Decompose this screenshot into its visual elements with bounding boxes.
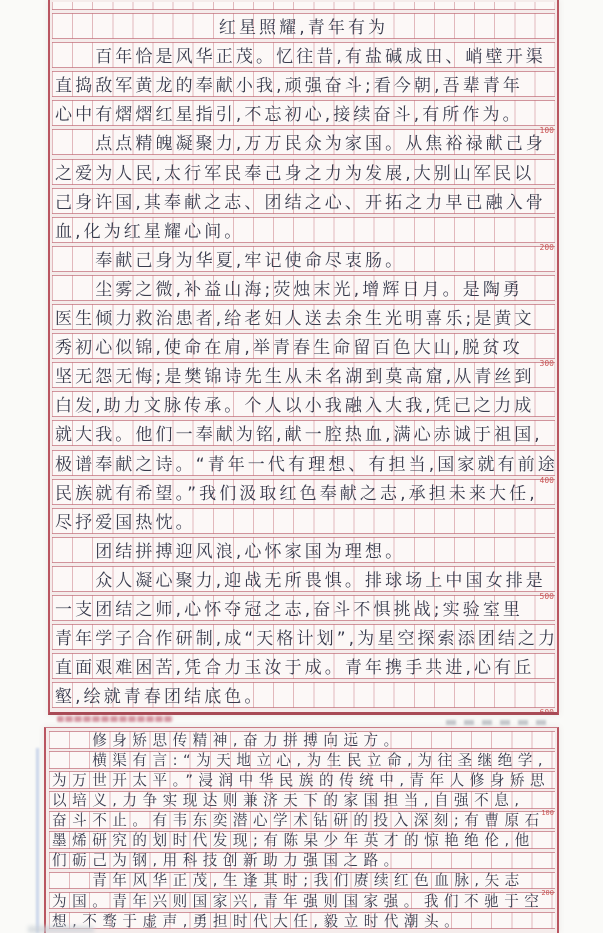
essay-line: 想,不骛于虚声,勇担时代大任,毅立时代潮头。 bbox=[49, 912, 555, 930]
essay-line: 以培义,力争实现达则兼济天下的家国担当,自强不息,100 bbox=[49, 791, 555, 809]
essay-line: 奋斗不止。有韦东奕潜心学术钻研的投入深刻;有曹原石 bbox=[49, 811, 555, 829]
essay-line-text: 为国。青年兴则国家兴,青年强则国家强。我们不驰于空 bbox=[52, 889, 544, 910]
essay-line-text: 血,化为红星耀心间。 bbox=[55, 217, 244, 242]
essay-line: 壑,绘就青春团结底色。600 bbox=[52, 682, 555, 708]
essay-line: 为国。青年兴则国家兴,青年强则国家强。我们不驰于空 bbox=[49, 892, 555, 910]
essay-line-text: 百年恰是风华正茂。忆往昔,有盐碱成田、峭壁开渠 bbox=[95, 42, 546, 67]
essay-line-text: 修身矫思传精神,奋力拼搏向远方。 bbox=[92, 729, 404, 750]
essay-line-text: 奉献己身为华夏,牢记使命尽衷肠。 bbox=[95, 246, 405, 271]
essay-line: 修身矫思传精神,奋力拼搏向远方。 bbox=[49, 731, 555, 749]
essay-line-text: 己身许国,其奉献之志、团结之心、开拓之力早已融入骨 bbox=[55, 187, 546, 212]
essay-line-text: 秀初心似锦,使命在肩,举青春生命留百色大山,脱贫攻 bbox=[55, 333, 523, 358]
word-count-marker: 300 bbox=[540, 359, 554, 368]
essay-line-text: 青年学子合作研制,成“天格计划”,为星空探索添团结之力。 bbox=[55, 624, 559, 649]
essay-line: 团结拼搏迎风浪,心怀家国为理想。 bbox=[52, 537, 555, 563]
essay-line-text: 奋斗不止。有韦东奕潜心学术钻研的投入深刻;有曹原石 bbox=[52, 809, 545, 830]
essay-line: 血,化为红星耀心间。200 bbox=[52, 217, 555, 243]
essay-line bbox=[52, 2, 555, 10]
word-count-marker: 100 bbox=[541, 809, 554, 817]
essay-title: 红星照耀,青年有为 bbox=[52, 13, 555, 39]
word-count-marker: 600 bbox=[540, 708, 554, 715]
essay-line-text: 们砺己为钢,用科技创新助力强国之路。 bbox=[52, 849, 404, 870]
essay-line: 尘雾之微,补益山海;荧烛末光,增辉日月。是陶勇 bbox=[52, 275, 555, 301]
page-1: 红星照耀,青年有为百年恰是风华正茂。忆往昔,有盐碱成田、峭壁开渠直捣敌军黄龙的奉… bbox=[48, 0, 559, 715]
essay-line: 之爱为人民,太行军民奉己身之力为发展,大别山军民以 bbox=[52, 159, 555, 185]
essay-line-text: 为万世开太平。”浸润中华民族的传统中,青年人修身矫思 bbox=[52, 769, 550, 790]
word-count-marker: 200 bbox=[541, 889, 554, 897]
essay-line: 众人凝心聚力,迎战无所畏惧。排球场上中国女排是500 bbox=[52, 566, 555, 592]
essay-line-text: 医生倾力救治患者,给老妇人送去余生光明喜乐;是黄文 bbox=[55, 304, 535, 329]
essay-line-text: 众人凝心聚力,迎战无所畏惧。排球场上中国女排是 bbox=[95, 566, 546, 591]
essay-line-text: 尽抒爱国热忱。 bbox=[55, 507, 196, 532]
photo-edge-artifact bbox=[36, 748, 39, 933]
essay-line-text: 直面艰难困苦,凭合力玉汝于成。青年携手共进,心有丘 bbox=[55, 653, 534, 678]
essay-line: 坚无怨无悔;是樊锦诗先生从未名湖到莫高窟,从青丝到 bbox=[52, 362, 555, 388]
essay-line-text: 极谱奉献之诗。“青年一代有理想、有担当,国家就有前途, bbox=[55, 449, 559, 474]
essay-line-text: 民族就有希望。”我们汲取红色奉献之志,承担未来大任, bbox=[55, 478, 538, 503]
essay-line: 奉献己身为华夏,牢记使命尽衷肠。 bbox=[52, 246, 555, 272]
essay-line-text: 之爱为人民,太行军民奉己身之力为发展,大别山军民以 bbox=[55, 158, 534, 183]
essay-line: 极谱奉献之诗。“青年一代有理想、有担当,国家就有前途,400 bbox=[52, 450, 555, 476]
essay-line-text: 坚无怨无悔;是樊锦诗先生从未名湖到莫高窟,从青丝到 bbox=[55, 362, 535, 387]
word-count-marker: 200 bbox=[540, 243, 554, 252]
word-count-marker: 100 bbox=[540, 126, 554, 135]
essay-line-text: 横渠有言:“为天地立心,为生民立命,为往圣继绝学, bbox=[92, 749, 548, 770]
essay-line: 点点精魄凝聚力,万万民众为家国。从焦裕禄献己身 bbox=[52, 129, 555, 155]
essay-line: 们砺己为钢,用科技创新助力强国之路。 bbox=[49, 852, 555, 870]
essay-line: 墨烯研究的划时代发现;有陈杲少年英才的惊艳绝伦,他 bbox=[49, 831, 555, 849]
essay-line-text: 心中有熠熠红星指引,不忘初心,接续奋斗,有所作为。 bbox=[55, 100, 523, 125]
essay-line: 医生倾力救治患者,给老妇人送去余生光明喜乐;是黄文 bbox=[52, 304, 555, 330]
word-count-marker: 400 bbox=[540, 476, 554, 485]
essay-line-text: 白发,助力文脉传承。个人以小我融入大我,凭己之力成 bbox=[55, 391, 534, 416]
essay-line: 为万世开太平。”浸润中华民族的传统中,青年人修身矫思 bbox=[49, 771, 555, 789]
essay-line-text: 直捣敌军黄龙的奉献小我,顽强奋斗;看今朝,吾辈青年 bbox=[55, 71, 523, 96]
essay-line-text: 以培义,力争实现达则兼济天下的家国担当,自强不息, bbox=[52, 789, 524, 810]
essay-line: 青年学子合作研制,成“天格计划”,为星空探索添团结之力。 bbox=[52, 624, 555, 650]
essay-line-text: 尘雾之微,补益山海;荧烛末光,增辉日月。是陶勇 bbox=[95, 275, 523, 300]
essay-line: 百年恰是风华正茂。忆往昔,有盐碱成田、峭壁开渠 bbox=[52, 42, 555, 68]
essay-line: 民族就有希望。”我们汲取红色奉献之志,承担未来大任, bbox=[52, 479, 555, 505]
word-count-marker: 500 bbox=[540, 592, 554, 601]
essay-line: 直面艰难困苦,凭合力玉汝于成。青年携手共进,心有丘 bbox=[52, 653, 555, 679]
paper-brand-smudge bbox=[57, 716, 173, 722]
essay-line: 青年风华正茂,生逢其时;我们赓续红色血脉,矢志200 bbox=[49, 872, 555, 890]
essay-line: 一支团结之师,心怀夺冠之志,奋斗不惧挑战;实验室里 bbox=[52, 595, 555, 621]
essay-line: 己身许国,其奉献之志、团结之心、开拓之力早已融入骨 bbox=[52, 188, 555, 214]
essay-line: 尽抒爱国热忱。 bbox=[52, 508, 555, 534]
page-2: 修身矫思传精神,奋力拼搏向远方。横渠有言:“为天地立心,为生民立命,为往圣继绝学… bbox=[44, 727, 559, 933]
essay-line-text: 就大我。他们一奉献为铭,献一腔热血,满心赤诚于祖国, bbox=[55, 420, 543, 445]
essay-line: 就大我。他们一奉献为铭,献一腔热血,满心赤诚于祖国, bbox=[52, 420, 555, 446]
essay-line-text: 团结拼搏迎风浪,心怀家国为理想。 bbox=[95, 537, 405, 562]
essay-line: 秀初心似锦,使命在肩,举青春生命留百色大山,脱贫攻300 bbox=[52, 333, 555, 359]
essay-line-text: 青年风华正茂,生逢其时;我们赓续红色血脉,矢志 bbox=[92, 869, 525, 890]
essay-line: 心中有熠熠红星指引,不忘初心,接续奋斗,有所作为。100 bbox=[52, 100, 555, 126]
essay-line-text: 想,不骛于虚声,勇担时代大任,毅立时代潮头。 bbox=[52, 910, 464, 931]
essay-line-text: 壑,绘就青春团结底色。 bbox=[55, 682, 265, 707]
essay-line: 白发,助力文脉传承。个人以小我融入大我,凭己之力成 bbox=[52, 391, 555, 417]
essay-title-text: 红星照耀,青年有为 bbox=[219, 13, 388, 38]
essay-line-text: 墨烯研究的划时代发现;有陈杲少年英才的惊艳绝伦,他 bbox=[52, 829, 535, 850]
essay-line-text: 一支团结之师,心怀夺冠之志,奋斗不惧挑战;实验室里 bbox=[55, 595, 523, 620]
essay-line: 横渠有言:“为天地立心,为生民立命,为往圣继绝学, bbox=[49, 751, 555, 769]
essay-line-text: 点点精魄凝聚力,万万民众为家国。从焦裕禄献己身 bbox=[95, 129, 546, 154]
page2-header-smudge bbox=[446, 720, 550, 725]
essay-line: 直捣敌军黄龙的奉献小我,顽强奋斗;看今朝,吾辈青年 bbox=[52, 71, 555, 97]
